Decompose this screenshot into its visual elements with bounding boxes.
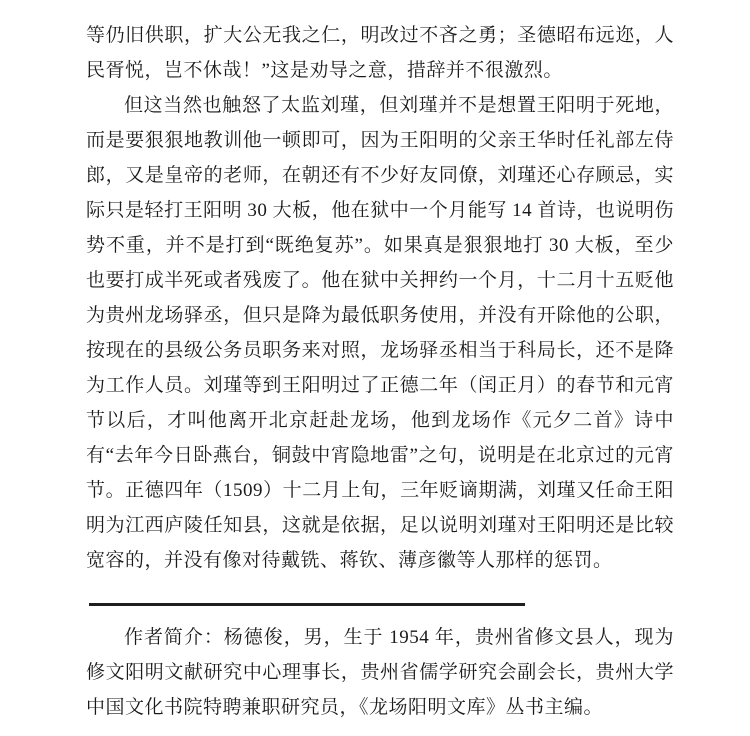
- author-bio-paragraph: 作者简介：杨德俊，男，生于 1954 年，贵州省修文县人，现为修文阳明文献研究中…: [86, 620, 674, 725]
- paragraph-main: 但这当然也触怒了太监刘瑾，但刘瑾并不是想置王阳明于死地，而是要狠狠地教训他一顿即…: [86, 88, 674, 578]
- paragraph-continuation: 等仍旧供职，扩大公无我之仁，明改过不吝之勇；圣德昭布远迩，人民胥悦，岂不休哉！”…: [86, 18, 674, 88]
- page-content: 等仍旧供职，扩大公无我之仁，明改过不吝之勇；圣德昭布远迩，人民胥悦，岂不休哉！”…: [86, 18, 674, 725]
- document-page: 等仍旧供职，扩大公无我之仁，明改过不吝之勇；圣德昭布远迩，人民胥悦，岂不休哉！”…: [0, 0, 750, 736]
- footnote-separator-line: [89, 603, 525, 606]
